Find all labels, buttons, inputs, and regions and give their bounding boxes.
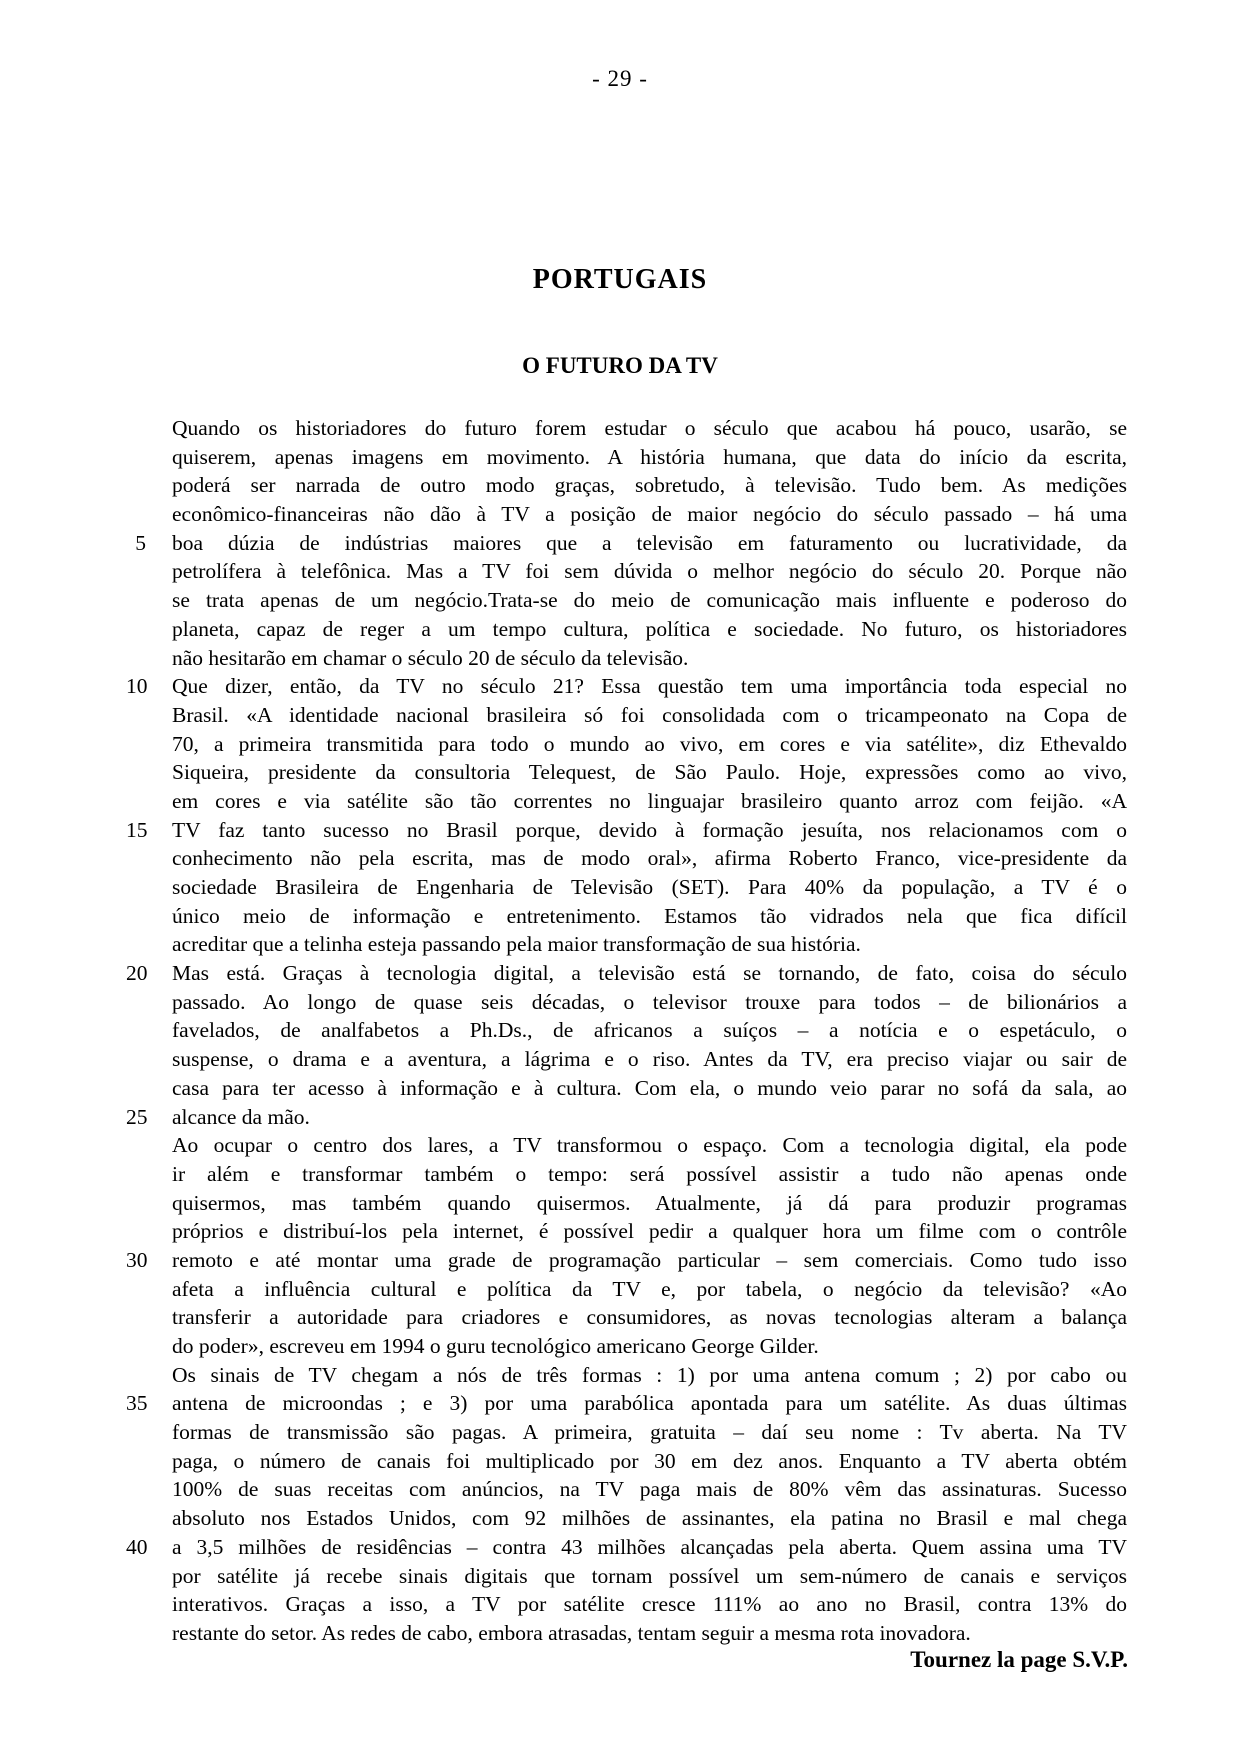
line-text: 100% de suas receitas com anúncios, na T… xyxy=(172,1475,1127,1504)
line-text: suspense, o drama e a aventura, a lágrim… xyxy=(172,1045,1127,1074)
line-text: próprios e distribuí-los pela internet, … xyxy=(172,1217,1127,1246)
text-line: não hesitarão em chamar o século 20 de s… xyxy=(126,644,1127,673)
text-line: 5boa dúzia de indústrias maiores que a t… xyxy=(126,529,1127,558)
page-number: - 29 - xyxy=(0,66,1240,92)
line-text: planeta, capaz de reger a um tempo cultu… xyxy=(172,615,1127,644)
line-number xyxy=(126,1619,146,1648)
text-lines: Quando os historiadores do futuro forem … xyxy=(126,414,1127,1648)
text-line: afeta a influência cultural e política d… xyxy=(126,1275,1127,1304)
line-text: interativos. Graças a isso, a TV por sat… xyxy=(172,1590,1127,1619)
line-number xyxy=(126,414,146,443)
line-text: formas de transmissão são pagas. A prime… xyxy=(172,1418,1127,1447)
text-line: Quando os historiadores do futuro forem … xyxy=(126,414,1127,443)
line-text: em cores e via satélite são tão corrente… xyxy=(172,787,1127,816)
line-number xyxy=(126,1160,146,1189)
text-line: em cores e via satélite são tão corrente… xyxy=(126,787,1127,816)
line-text: afeta a influência cultural e política d… xyxy=(172,1275,1127,1304)
line-number xyxy=(126,1016,146,1045)
line-number: 5 xyxy=(126,529,146,558)
text-line: acreditar que a telinha esteja passando … xyxy=(126,930,1127,959)
line-text: Mas está. Graças à tecnologia digital, a… xyxy=(172,959,1127,988)
text-line: próprios e distribuí-los pela internet, … xyxy=(126,1217,1127,1246)
line-text: conhecimento não pela escrita, mas de mo… xyxy=(172,844,1127,873)
line-number xyxy=(126,586,146,615)
line-number xyxy=(126,615,146,644)
text-line: por satélite já recebe sinais digitais q… xyxy=(126,1562,1127,1591)
line-text: petrolífera à telefônica. Mas a TV foi s… xyxy=(172,557,1127,586)
text-line: do poder», escreveu em 1994 o guru tecno… xyxy=(126,1332,1127,1361)
text-line: se trata apenas de um negócio.Trata-se d… xyxy=(126,586,1127,615)
text-line: quisermos, mas também quando quisermos. … xyxy=(126,1189,1127,1218)
text-line: 70, a primeira transmitida para todo o m… xyxy=(126,730,1127,759)
line-text: casa para ter acesso à informação e à cu… xyxy=(172,1074,1127,1103)
line-text: passado. Ao longo de quase seis décadas,… xyxy=(172,988,1127,1017)
text-line: planeta, capaz de reger a um tempo cultu… xyxy=(126,615,1127,644)
line-number xyxy=(126,844,146,873)
line-text: quisermos, mas também quando quisermos. … xyxy=(172,1189,1127,1218)
line-number: 25 xyxy=(126,1103,146,1132)
line-number: 10 xyxy=(126,672,146,701)
line-number: 35 xyxy=(126,1389,146,1418)
text-line: 35antena de microondas ; e 3) por uma pa… xyxy=(126,1389,1127,1418)
line-number xyxy=(126,1361,146,1390)
line-number xyxy=(126,930,146,959)
line-number xyxy=(126,787,146,816)
line-number xyxy=(126,1504,146,1533)
line-text: Ao ocupar o centro dos lares, a TV trans… xyxy=(172,1131,1127,1160)
text-line: quiserem, apenas imagens em movimento. A… xyxy=(126,443,1127,472)
line-text: TV faz tanto sucesso no Brasil porque, d… xyxy=(172,816,1127,845)
text-line: Os sinais de TV chegam a nós de três for… xyxy=(126,1361,1127,1390)
line-number xyxy=(126,1303,146,1332)
line-text: poderá ser narrada de outro modo graças,… xyxy=(172,471,1127,500)
document-page: - 29 - PORTUGAIS O FUTURO DA TV Quando o… xyxy=(0,0,1240,1754)
text-line: passado. Ao longo de quase seis décadas,… xyxy=(126,988,1127,1017)
line-number xyxy=(126,758,146,787)
line-number xyxy=(126,1590,146,1619)
text-line: conhecimento não pela escrita, mas de mo… xyxy=(126,844,1127,873)
line-number xyxy=(126,1131,146,1160)
line-text: paga, o número de canais foi multiplicad… xyxy=(172,1447,1127,1476)
text-line: paga, o número de canais foi multiplicad… xyxy=(126,1447,1127,1476)
line-number xyxy=(126,443,146,472)
text-line: econômico-financeiras não dão à TV a pos… xyxy=(126,500,1127,529)
line-text: não hesitarão em chamar o século 20 de s… xyxy=(172,644,1127,673)
line-text: Que dizer, então, da TV no século 21? Es… xyxy=(172,672,1127,701)
line-number xyxy=(126,471,146,500)
text-line: Brasil. «A identidade nacional brasileir… xyxy=(126,701,1127,730)
line-text: Siqueira, presidente da consultoria Tele… xyxy=(172,758,1127,787)
text-line: transferir a autoridade para criadores e… xyxy=(126,1303,1127,1332)
page-title: PORTUGAIS xyxy=(0,264,1240,296)
line-text: Os sinais de TV chegam a nós de três for… xyxy=(172,1361,1127,1390)
text-line: absoluto nos Estados Unidos, com 92 milh… xyxy=(126,1504,1127,1533)
line-text: favelados, de analfabetos a Ph.Ds., de a… xyxy=(172,1016,1127,1045)
line-text: antena de microondas ; e 3) por uma para… xyxy=(172,1389,1127,1418)
line-text: por satélite já recebe sinais digitais q… xyxy=(172,1562,1127,1591)
line-number xyxy=(126,500,146,529)
text-line: Siqueira, presidente da consultoria Tele… xyxy=(126,758,1127,787)
line-number: 20 xyxy=(126,959,146,988)
line-number xyxy=(126,1475,146,1504)
line-text: econômico-financeiras não dão à TV a pos… xyxy=(172,500,1127,529)
line-number xyxy=(126,1332,146,1361)
text-line: ir além e transformar também o tempo: se… xyxy=(126,1160,1127,1189)
text-line: 20Mas está. Graças à tecnologia digital,… xyxy=(126,959,1127,988)
line-number xyxy=(126,701,146,730)
text-line: suspense, o drama e a aventura, a lágrim… xyxy=(126,1045,1127,1074)
text-line: interativos. Graças a isso, a TV por sat… xyxy=(126,1590,1127,1619)
line-text: acreditar que a telinha esteja passando … xyxy=(172,930,1127,959)
line-text: boa dúzia de indústrias maiores que a te… xyxy=(172,529,1127,558)
text-line: 10Que dizer, então, da TV no século 21? … xyxy=(126,672,1127,701)
text-line: poderá ser narrada de outro modo graças,… xyxy=(126,471,1127,500)
line-text: a 3,5 milhões de residências – contra 43… xyxy=(172,1533,1127,1562)
line-text: remoto e até montar uma grade de program… xyxy=(172,1246,1127,1275)
line-text: Brasil. «A identidade nacional brasileir… xyxy=(172,701,1127,730)
line-number xyxy=(126,1189,146,1218)
line-number xyxy=(126,1418,146,1447)
line-number xyxy=(126,1045,146,1074)
line-text: Quando os historiadores do futuro forem … xyxy=(172,414,1127,443)
text-line: sociedade Brasileira de Engenharia de Te… xyxy=(126,873,1127,902)
line-text: absoluto nos Estados Unidos, com 92 milh… xyxy=(172,1504,1127,1533)
line-number xyxy=(126,1074,146,1103)
line-text: 70, a primeira transmitida para todo o m… xyxy=(172,730,1127,759)
line-number xyxy=(126,1217,146,1246)
turn-page-note: Tournez la page S.V.P. xyxy=(910,1647,1128,1673)
line-text: ir além e transformar também o tempo: se… xyxy=(172,1160,1127,1189)
line-text: sociedade Brasileira de Engenharia de Te… xyxy=(172,873,1127,902)
line-number xyxy=(126,902,146,931)
text-line: favelados, de analfabetos a Ph.Ds., de a… xyxy=(126,1016,1127,1045)
line-number xyxy=(126,730,146,759)
line-text: único meio de informação e entreteniment… xyxy=(172,902,1127,931)
text-line: 30remoto e até montar uma grade de progr… xyxy=(126,1246,1127,1275)
line-text: transferir a autoridade para criadores e… xyxy=(172,1303,1127,1332)
line-number xyxy=(126,1275,146,1304)
text-line: casa para ter acesso à informação e à cu… xyxy=(126,1074,1127,1103)
line-number xyxy=(126,557,146,586)
text-line: único meio de informação e entreteniment… xyxy=(126,902,1127,931)
line-text: se trata apenas de um negócio.Trata-se d… xyxy=(172,586,1127,615)
line-number: 30 xyxy=(126,1246,146,1275)
line-text: quiserem, apenas imagens em movimento. A… xyxy=(172,443,1127,472)
line-text: restante do setor. As redes de cabo, emb… xyxy=(172,1619,1127,1648)
line-number xyxy=(126,1562,146,1591)
line-number: 15 xyxy=(126,816,146,845)
line-number xyxy=(126,644,146,673)
line-number: 40 xyxy=(126,1533,146,1562)
line-text: do poder», escreveu em 1994 o guru tecno… xyxy=(172,1332,1127,1361)
text-line: petrolífera à telefônica. Mas a TV foi s… xyxy=(126,557,1127,586)
text-line: formas de transmissão são pagas. A prime… xyxy=(126,1418,1127,1447)
text-line: 15TV faz tanto sucesso no Brasil porque,… xyxy=(126,816,1127,845)
article-subtitle: O FUTURO DA TV xyxy=(0,353,1240,379)
text-line: 25alcance da mão. xyxy=(126,1103,1127,1132)
line-number xyxy=(126,873,146,902)
line-number xyxy=(126,1447,146,1476)
text-line: 100% de suas receitas com anúncios, na T… xyxy=(126,1475,1127,1504)
line-text: alcance da mão. xyxy=(172,1103,1127,1132)
text-line: Ao ocupar o centro dos lares, a TV trans… xyxy=(126,1131,1127,1160)
text-line: restante do setor. As redes de cabo, emb… xyxy=(126,1619,1127,1648)
text-line: 40a 3,5 milhões de residências – contra … xyxy=(126,1533,1127,1562)
line-number xyxy=(126,988,146,1017)
